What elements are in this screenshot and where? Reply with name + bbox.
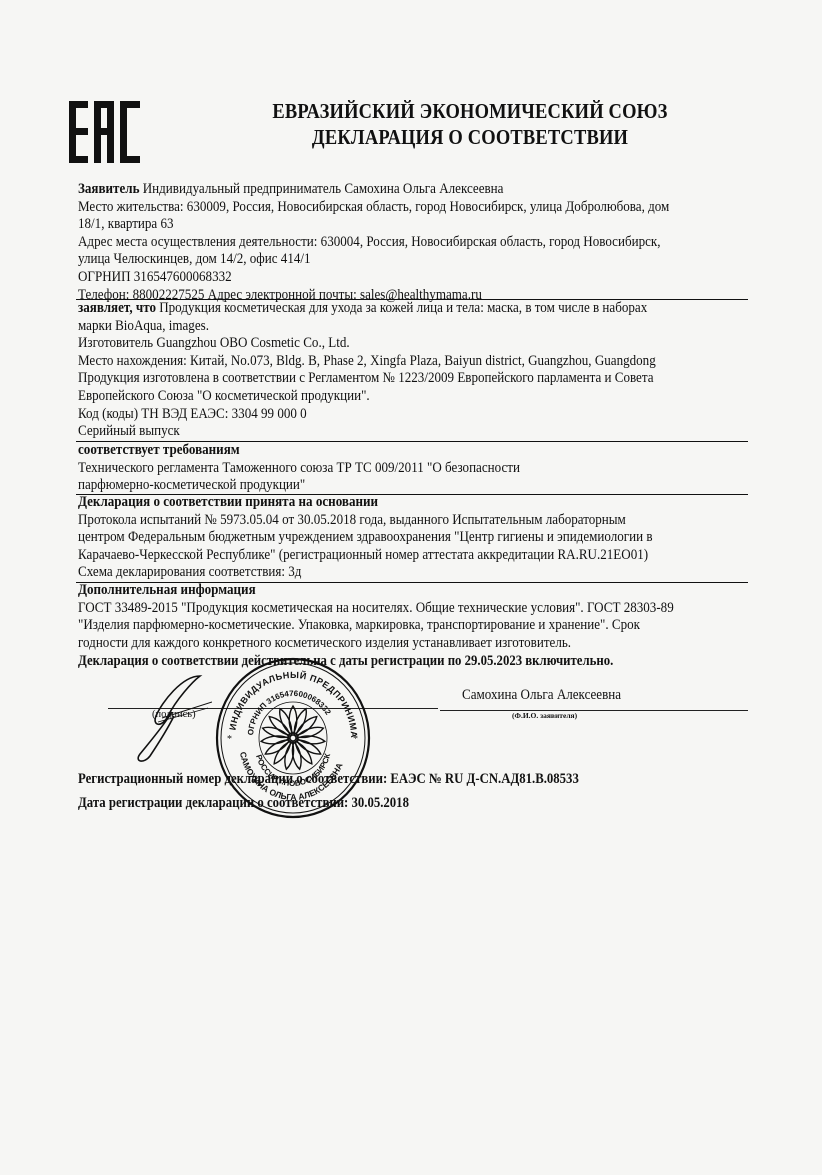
- applicant-fio: Самохина Ольга Алексеевна: [462, 687, 621, 704]
- requirements-line-2: парфюмерно-косметической продукции": [78, 477, 696, 495]
- applicant-value: Индивидуальный предприниматель Самохина …: [139, 181, 503, 197]
- additional-line-1: ГОСТ 33489-2015 "Продукция косметическая…: [78, 600, 696, 618]
- regulation-line-1: Продукция изготовлена в соответствии с Р…: [78, 370, 696, 388]
- activity-line-2: улица Челюскинцев, дом 14/2, офис 414/1: [78, 251, 696, 269]
- handwritten-signature-icon: [122, 672, 212, 764]
- additional-line-2: "Изделия парфюмерно-косметические. Упако…: [78, 617, 696, 635]
- svg-text:*: *: [353, 734, 358, 745]
- additional-line-3: годности для каждого конкретного космети…: [78, 635, 696, 653]
- document-header: ЕВРАЗИЙСКИЙ ЭКОНОМИЧЕСКИЙ СОЮЗ ДЕКЛАРАЦИ…: [200, 98, 740, 150]
- additional-section: Дополнительная информация ГОСТ 33489-201…: [78, 582, 750, 652]
- basis-label: Декларация о соответствии принята на осн…: [78, 494, 696, 512]
- declares-value: Продукция косметическая для ухода за кож…: [156, 300, 647, 316]
- basis-section: Декларация о соответствии принята на осн…: [78, 494, 750, 582]
- fio-line: [440, 710, 748, 711]
- ogrnip: ОГРНИП 316547600068332: [78, 269, 696, 287]
- release-type: Серийный выпуск: [78, 423, 696, 441]
- fio-caption: (Ф.И.О. заявителя): [512, 711, 577, 720]
- activity-line-1: Адрес места осуществления деятельности: …: [78, 234, 696, 252]
- basis-line-1: Протокола испытаний № 5973.05.04 от 30.0…: [78, 512, 696, 530]
- requirements-line-1: Технического регламента Таможенного союз…: [78, 460, 696, 478]
- requirements-section: соответствует требованиям Технического р…: [78, 442, 750, 495]
- declaration-scheme: Схема декларирования соответствия: 3д: [78, 564, 696, 582]
- applicant-label: Заявитель: [78, 181, 139, 197]
- regulation-line-2: Европейского Союза "О косметической прод…: [78, 388, 696, 406]
- registration-date: Дата регистрации декларации о соответств…: [78, 795, 409, 812]
- residence-line-2: 18/1, квартира 63: [78, 216, 696, 234]
- manufacturer: Изготовитель Guangzhou OBO Cosmetic Co.,…: [78, 335, 696, 353]
- manufacturer-location: Место нахождения: Китай, No.073, Bldg. B…: [78, 353, 696, 371]
- registration-number: Регистрационный номер декларации о соотв…: [78, 771, 579, 788]
- applicant-section: Заявитель Индивидуальный предприниматель…: [78, 181, 750, 304]
- requirements-label: соответствует требованиям: [78, 442, 696, 460]
- residence-line-1: Место жительства: 630009, Россия, Новоси…: [78, 199, 696, 217]
- hs-code: Код (коды) ТН ВЭД ЕАЭС: 3304 99 000 0: [78, 406, 696, 424]
- declares-line-2: марки BioAqua, images.: [78, 318, 696, 336]
- declaration-page: ЕВРАЗИЙСКИЙ ЭКОНОМИЧЕСКИЙ СОЮЗ ДЕКЛАРАЦИ…: [0, 0, 822, 1175]
- basis-line-2: центром Федеральным бюджетным учреждение…: [78, 529, 696, 547]
- document-title: ДЕКЛАРАЦИЯ О СООТВЕТСТВИИ: [238, 124, 702, 150]
- declares-label: заявляет, что: [78, 300, 156, 316]
- declares-section: заявляет, что Продукция косметическая дл…: [78, 300, 750, 441]
- basis-line-3: Карачаево-Черкесской Республике" (регист…: [78, 547, 696, 565]
- svg-text:*: *: [227, 734, 232, 745]
- additional-label: Дополнительная информация: [78, 582, 696, 600]
- union-title: ЕВРАЗИЙСКИЙ ЭКОНОМИЧЕСКИЙ СОЮЗ: [238, 98, 702, 124]
- eac-logo-icon: [69, 101, 141, 163]
